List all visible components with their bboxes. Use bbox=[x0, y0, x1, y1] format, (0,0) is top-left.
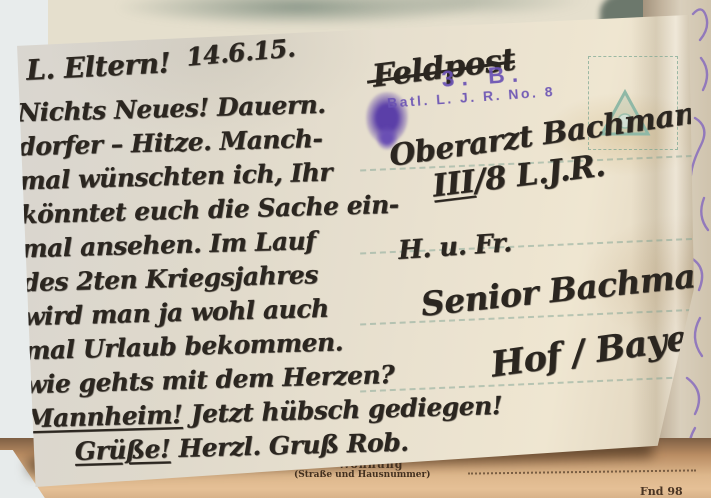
underlined-roman-numeral: III bbox=[430, 164, 476, 205]
photo-of-feldpost-postcard: I Wohnung (Straße und Hausnummer) Fnd 98… bbox=[0, 0, 711, 498]
underlined-word: Mannheim! bbox=[25, 400, 182, 433]
postcard: 14.6.15. L. Eltern! Nichts Neues! Dauern… bbox=[0, 0, 711, 498]
message-text: Jetzt hübsch gediegen! bbox=[182, 391, 502, 429]
page-number-mark: Fnd 98 bbox=[640, 485, 683, 498]
signoff-text: Herzl. Gruß Rob. bbox=[170, 428, 409, 464]
printed-field-sublabel: (Straße und Hausnummer) bbox=[294, 470, 431, 480]
handwritten-recipient-title: H. u. Fr. bbox=[397, 228, 512, 266]
handwritten-salutation: L. Eltern! bbox=[25, 46, 171, 87]
underlined-word: Grüße! bbox=[74, 434, 170, 466]
handwritten-date: 14.6.15. bbox=[185, 33, 296, 71]
